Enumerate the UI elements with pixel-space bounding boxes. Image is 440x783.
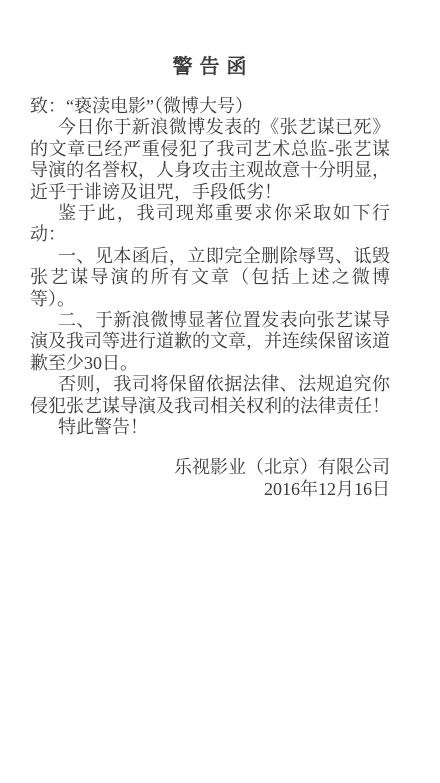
letter-title: 警 告 函 — [30, 55, 390, 79]
signature-date: 2016年12月16日 — [30, 478, 390, 500]
letter-body: 致：“亵渎电影”（微博大号） 今日你于新浪微博发表的《张艺谋已死》的文章已经严重… — [30, 96, 390, 439]
signature-company: 乐视影业（北京）有限公司 — [30, 456, 390, 478]
paragraph-accusation: 今日你于新浪微博发表的《张艺谋已死》的文章已经严重侵犯了我司艺术总监-张艺谋导演… — [30, 117, 390, 203]
paragraph-legal-warning: 否则，我司将保留依据法律、法规追究你侵犯张艺谋导演及我司相关权利的法律责任！ — [30, 374, 390, 417]
closing-line: 特此警告！ — [30, 417, 390, 438]
paragraph-demand-1: 一、见本函后，立即完全删除辱骂、诋毁张艺谋导演的所有文章（包括上述之微博等）。 — [30, 246, 390, 310]
recipient-line: 致：“亵渎电影”（微博大号） — [30, 96, 390, 117]
signature-block: 乐视影业（北京）有限公司 2016年12月16日 — [30, 456, 390, 500]
paragraph-demand-intro: 鉴于此，我司现郑重要求你采取如下行动： — [30, 203, 390, 246]
paragraph-demand-2: 二、于新浪微博显著位置发表向张艺谋导演及我司等进行道歉的文章，并连续保留该道歉至… — [30, 310, 390, 374]
warning-letter-document: 警 告 函 致：“亵渎电影”（微博大号） 今日你于新浪微博发表的《张艺谋已死》的… — [30, 0, 390, 500]
